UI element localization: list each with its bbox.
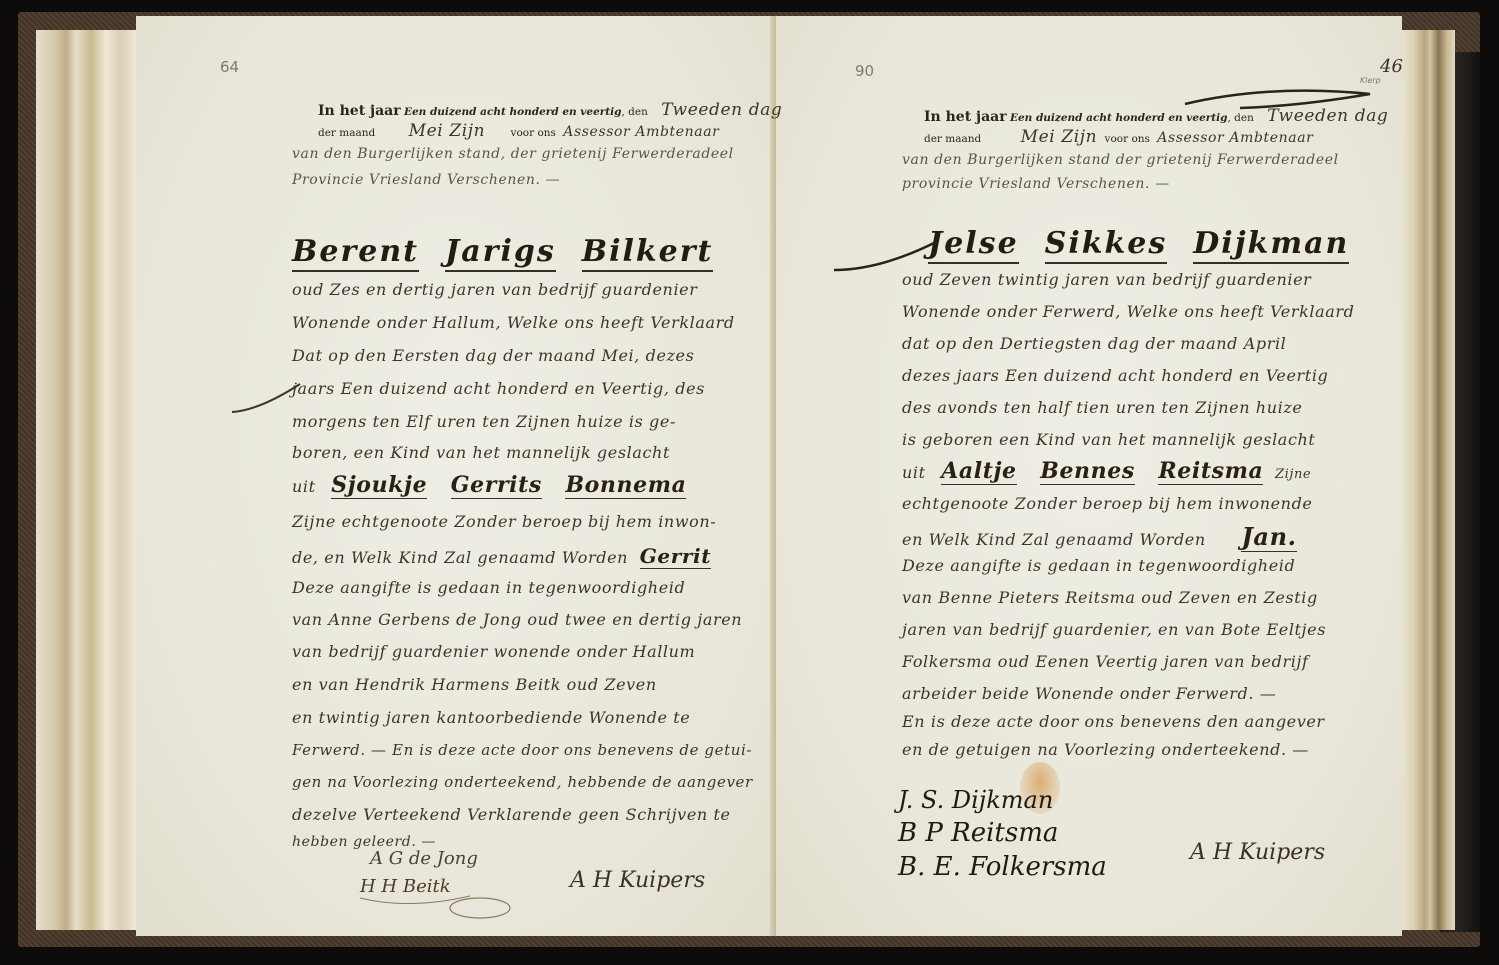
left-header-den: , den xyxy=(622,106,648,118)
left-declarant-surname: Bilkert xyxy=(582,234,714,272)
left-intro-line: van den Burgerlijken stand, der grieteni… xyxy=(292,146,734,162)
left-header-line-2: der maand Mei Zijn voor ons Assessor Amb… xyxy=(318,121,719,143)
left-header-month: Mei Zijn xyxy=(409,121,486,141)
right-witness-line: jaren van bedrijf guardenier, en van Bot… xyxy=(902,620,1326,639)
right-declarant-patronym: Sikkes xyxy=(1045,226,1168,264)
right-child-name: Jan. xyxy=(1241,522,1296,552)
right-body-line: is geboren een Kind van het mannelijk ge… xyxy=(902,430,1315,449)
right-header-day: Tweeden dag xyxy=(1267,106,1388,126)
left-header-official: Assessor Ambtenaar xyxy=(563,124,719,140)
left-body-line: de, en Welk Kind Zal genaamd Worden Gerr… xyxy=(292,544,711,568)
right-folio-number: 90 xyxy=(855,62,874,80)
right-header-prefix: In het jaar xyxy=(924,109,1007,125)
left-body-line: Wonende onder Hallum, Welke ons heeft Ve… xyxy=(292,313,735,332)
right-header-voor-ons: voor ons xyxy=(1105,133,1150,145)
left-header-year: Een duizend acht honderd en veertig xyxy=(404,106,622,118)
right-witness-line: van Benne Pieters Reitsma oud Zeven en Z… xyxy=(902,588,1318,607)
left-declarant-name: BerentJarigsBilkert xyxy=(292,234,739,269)
left-folio-number: 64 xyxy=(220,58,239,76)
right-header-den: , den xyxy=(1228,112,1254,124)
right-mother-first: Aaltje xyxy=(941,458,1016,485)
left-witness-line: en van Hendrik Harmens Beitk oud Zeven xyxy=(292,675,657,694)
left-header-der-maand: der maand xyxy=(318,127,375,139)
left-header-line-1: In het jaar Een duizend acht honderd en … xyxy=(318,100,782,122)
left-signature-official: A H Kuipers xyxy=(570,868,705,893)
right-intro-line: van den Burgerlijken stand der grietenij… xyxy=(902,152,1339,168)
right-body-line: dezes jaars Een duizend acht honderd en … xyxy=(902,366,1328,385)
right-header-month: Mei Zijn xyxy=(1021,127,1098,147)
margin-flourish-icon xyxy=(230,380,310,420)
right-signature-father: J. S. Dijkman xyxy=(898,786,1053,814)
left-mother-line: uit Sjoukje Gerrits Bonnema xyxy=(292,472,686,498)
left-mother-prefix: uit xyxy=(292,477,316,496)
page-stack-right xyxy=(1400,30,1455,930)
right-mother-prefix: uit xyxy=(902,463,926,482)
left-witness-line: dezelve Verteekend Verklarende geen Schr… xyxy=(292,805,731,824)
left-witness-line: van Anne Gerbens de Jong oud twee en der… xyxy=(292,610,742,629)
right-body-line: dat op den Dertiegsten dag der maand Apr… xyxy=(902,334,1286,353)
right-body-line: des avonds ten half tien uren ten Zijnen… xyxy=(902,398,1302,417)
left-body-line: morgens ten Elf uren ten Zijnen huize is… xyxy=(292,412,676,431)
left-body-text: de, en Welk Kind Zal genaamd Worden xyxy=(292,548,628,567)
right-witness-line: en de getuigen na Voorlezing onderteeken… xyxy=(902,740,1309,759)
right-signature-official: A H Kuipers xyxy=(1190,840,1325,865)
right-header-line-2: der maand Mei Zijn voor ons Assessor Amb… xyxy=(924,127,1313,149)
left-intro-line: Provincie Vriesland Verschenen. — xyxy=(292,172,560,188)
left-witness-line: Ferwerd. — En is deze acte door ons bene… xyxy=(292,741,752,759)
left-header-prefix: In het jaar xyxy=(318,103,401,119)
left-mother-surname: Bonnema xyxy=(565,472,686,499)
left-witness-line: van bedrijf guardenier wonende onder Hal… xyxy=(292,642,695,661)
left-body-line: oud Zes en dertig jaren van bedrijf guar… xyxy=(292,280,698,299)
left-body-line: jaars Een duizend acht honderd en Veerti… xyxy=(292,379,705,398)
left-witness-line: en twintig jaren kantoorbediende Wonende… xyxy=(292,708,690,727)
right-body-line: Wonende onder Ferwerd, Welke ons heeft V… xyxy=(902,302,1355,321)
left-declarant-patronym: Jarigs xyxy=(445,234,556,272)
left-witness-line: gen na Voorlezing onderteekend, hebbende… xyxy=(292,773,753,791)
left-header-day: Tweeden dag xyxy=(661,100,782,120)
left-child-name: Gerrit xyxy=(640,544,711,569)
right-header-official: Assessor Ambtenaar xyxy=(1157,130,1313,146)
left-body-line: Zijne echtgenoote Zonder beroep bij hem … xyxy=(292,512,716,531)
left-mother-first: Sjoukje xyxy=(331,472,427,499)
left-witness-line: Deze aangifte is gedaan in tegenwoordigh… xyxy=(292,578,685,597)
right-header-year: Een duizend acht honderd en veertig xyxy=(1010,112,1228,124)
right-signature-witness-2: B. E. Folkersma xyxy=(898,852,1107,882)
right-declarant-surname: Dijkman xyxy=(1193,226,1349,264)
signature-flourish-icon xyxy=(350,890,570,930)
right-body-line: echtgenoote Zonder beroep bij hem inwone… xyxy=(902,494,1313,513)
right-declarant-first: Jelse xyxy=(928,226,1019,264)
right-body-text: en Welk Kind Zal genaamd Worden xyxy=(902,530,1206,549)
right-header-der-maand: der maand xyxy=(924,133,981,145)
right-body-line: en Welk Kind Zal genaamd Worden Jan. xyxy=(902,522,1297,551)
left-mother-patronym: Gerrits xyxy=(451,472,542,499)
page-stack-left xyxy=(36,30,136,930)
right-witness-line: Deze aangifte is gedaan in tegenwoordigh… xyxy=(902,556,1295,575)
left-declarant-first: Berent xyxy=(292,234,419,272)
right-mother-suffix: Zijne xyxy=(1275,467,1311,482)
right-mother-line: uit Aaltje Bennes Reitsma Zijne xyxy=(902,458,1311,484)
right-header-line-1: In het jaar Een duizend acht honderd en … xyxy=(924,106,1388,128)
right-page-number: 46 xyxy=(1380,56,1403,77)
left-body-line: boren, een Kind van het mannelijk geslac… xyxy=(292,443,670,462)
right-witness-line: Folkersma oud Eenen Veertig jaren van be… xyxy=(902,652,1309,671)
right-witness-line: arbeider beide Wonende onder Ferwerd. — xyxy=(902,684,1276,703)
right-mother-patronym: Bennes xyxy=(1040,458,1135,485)
right-declarant-name: JelseSikkesDijkman xyxy=(928,226,1375,261)
right-mother-surname: Reitsma xyxy=(1158,458,1263,485)
left-header-voor-ons: voor ons xyxy=(511,127,556,139)
right-body-line: oud Zeven twintig jaren van bedrijf guar… xyxy=(902,270,1311,289)
left-body-line: Dat op den Eersten dag der maand Mei, de… xyxy=(292,346,694,365)
left-signature-witness-1: A G de Jong xyxy=(370,848,478,869)
right-witness-line: En is deze acte door ons benevens den aa… xyxy=(902,712,1325,731)
right-intro-line: provincie Vriesland Verschenen. — xyxy=(902,176,1170,192)
right-signature-witness-1: B P Reitsma xyxy=(898,818,1058,848)
